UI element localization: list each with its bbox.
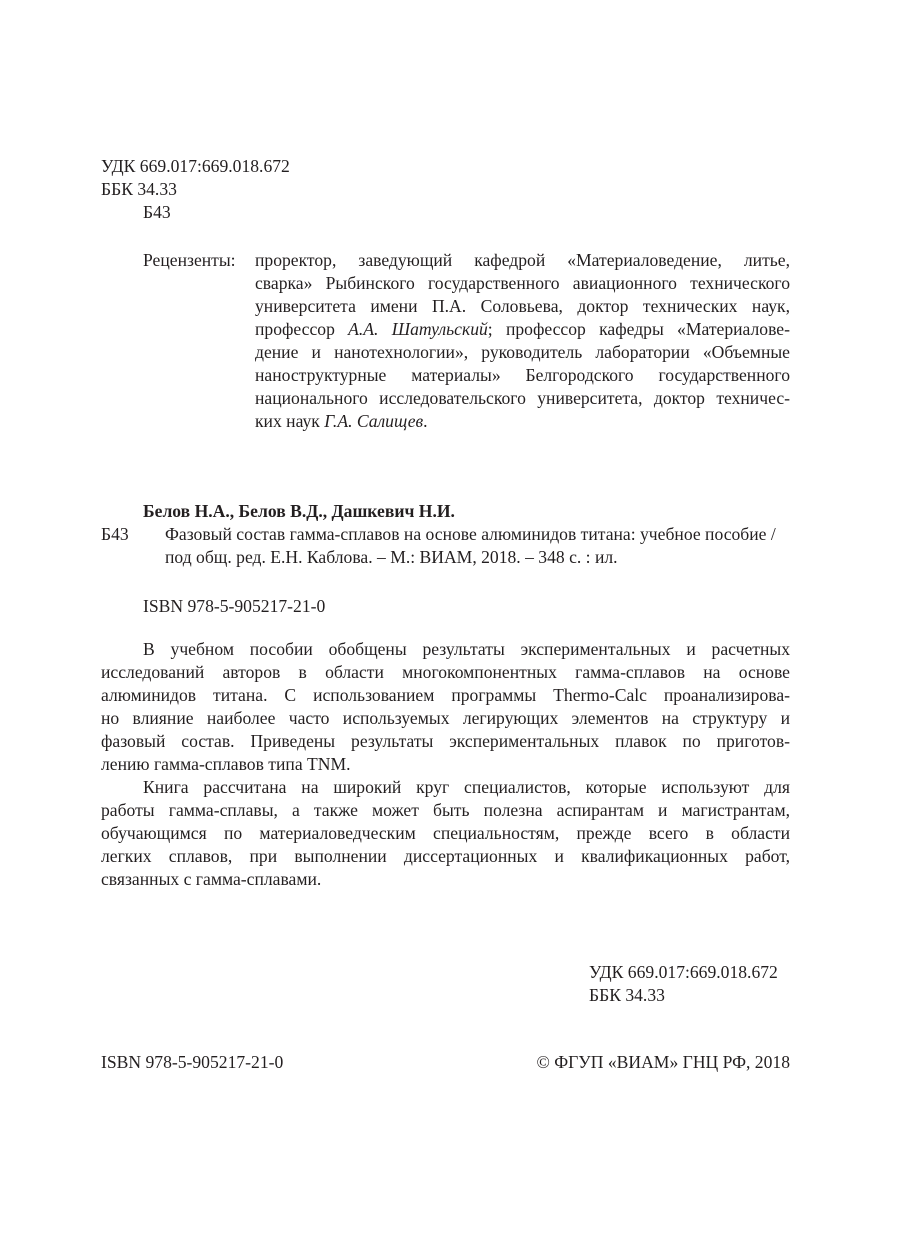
abstract-line: связанных с гамма-сплавами.	[101, 868, 790, 891]
footer-isbn: ISBN 978-5-905217-21-0	[101, 1051, 283, 1074]
reviewer-name: А.А. Шатульский	[348, 319, 488, 339]
reviewers-line: сварка» Рыбинского государственного авиа…	[255, 272, 790, 295]
udk-code: УДК 669.017:669.018.672	[101, 155, 290, 178]
book-title-line: под общ. ред. Е.Н. Каблова. – М.: ВИАМ, …	[165, 546, 790, 569]
abstract-line: фазовый состав. Приведены результаты экс…	[101, 730, 790, 753]
book-title-line: Фазовый состав гамма-сплавов на основе а…	[165, 523, 790, 546]
reviewers-label: Рецензенты:	[143, 249, 236, 272]
reviewers-line: проректор, заведующий кафедрой «Материал…	[255, 249, 790, 272]
abstract-paragraph-2: Книга рассчитана на широкий круг специал…	[101, 776, 790, 891]
reviewers-line: профессор А.А. Шатульский; профессор каф…	[255, 318, 790, 341]
reviewer-name: Г.А. Салищев	[324, 411, 423, 431]
authors: Белов Н.А., Белов В.Д., Дашкевич Н.И.	[143, 500, 455, 523]
abstract-line: исследований авторов в области многокомп…	[101, 661, 790, 684]
footer-udk: УДК 669.017:669.018.672	[589, 961, 778, 984]
copyright: © ФГУП «ВИАМ» ГНЦ РФ, 2018	[536, 1051, 790, 1074]
abstract-line: алюминидов титана. С использованием прог…	[101, 684, 790, 707]
reviewers-line: наноструктурные материалы» Белгородского…	[255, 364, 790, 387]
reviewers-text: проректор, заведующий кафедрой «Материал…	[255, 249, 790, 433]
abstract-line: Книга рассчитана на широкий круг специал…	[101, 776, 790, 799]
bbk-code: ББК 34.33	[101, 178, 177, 201]
footer-bbk: ББК 34.33	[589, 984, 665, 1007]
reviewers-line: университета имени П.А. Соловьева, докто…	[255, 295, 790, 318]
book-title: Фазовый состав гамма-сплавов на основе а…	[165, 523, 790, 569]
reviewers-line: ких наук Г.А. Салищев.	[255, 410, 790, 433]
isbn: ISBN 978-5-905217-21-0	[143, 595, 325, 618]
abstract-line: легких сплавов, при выполнении диссертац…	[101, 845, 790, 868]
abstract-line: но влияние наиболее часто используемых л…	[101, 707, 790, 730]
bib-author-mark: Б43	[101, 523, 129, 546]
abstract-line: В учебном пособии обобщены результаты эк…	[101, 638, 790, 661]
author-mark: Б43	[143, 201, 171, 224]
abstract-line: лению гамма-сплавов типа TNM.	[101, 753, 790, 776]
reviewers-line: национального исследовательского универс…	[255, 387, 790, 410]
reviewers-line: дение и нанотехнологии», руководитель ла…	[255, 341, 790, 364]
abstract-paragraph-1: В учебном пособии обобщены результаты эк…	[101, 638, 790, 776]
abstract-line: работы гамма-сплавы, а также может быть …	[101, 799, 790, 822]
abstract-line: обучающимся по материаловедческим специа…	[101, 822, 790, 845]
